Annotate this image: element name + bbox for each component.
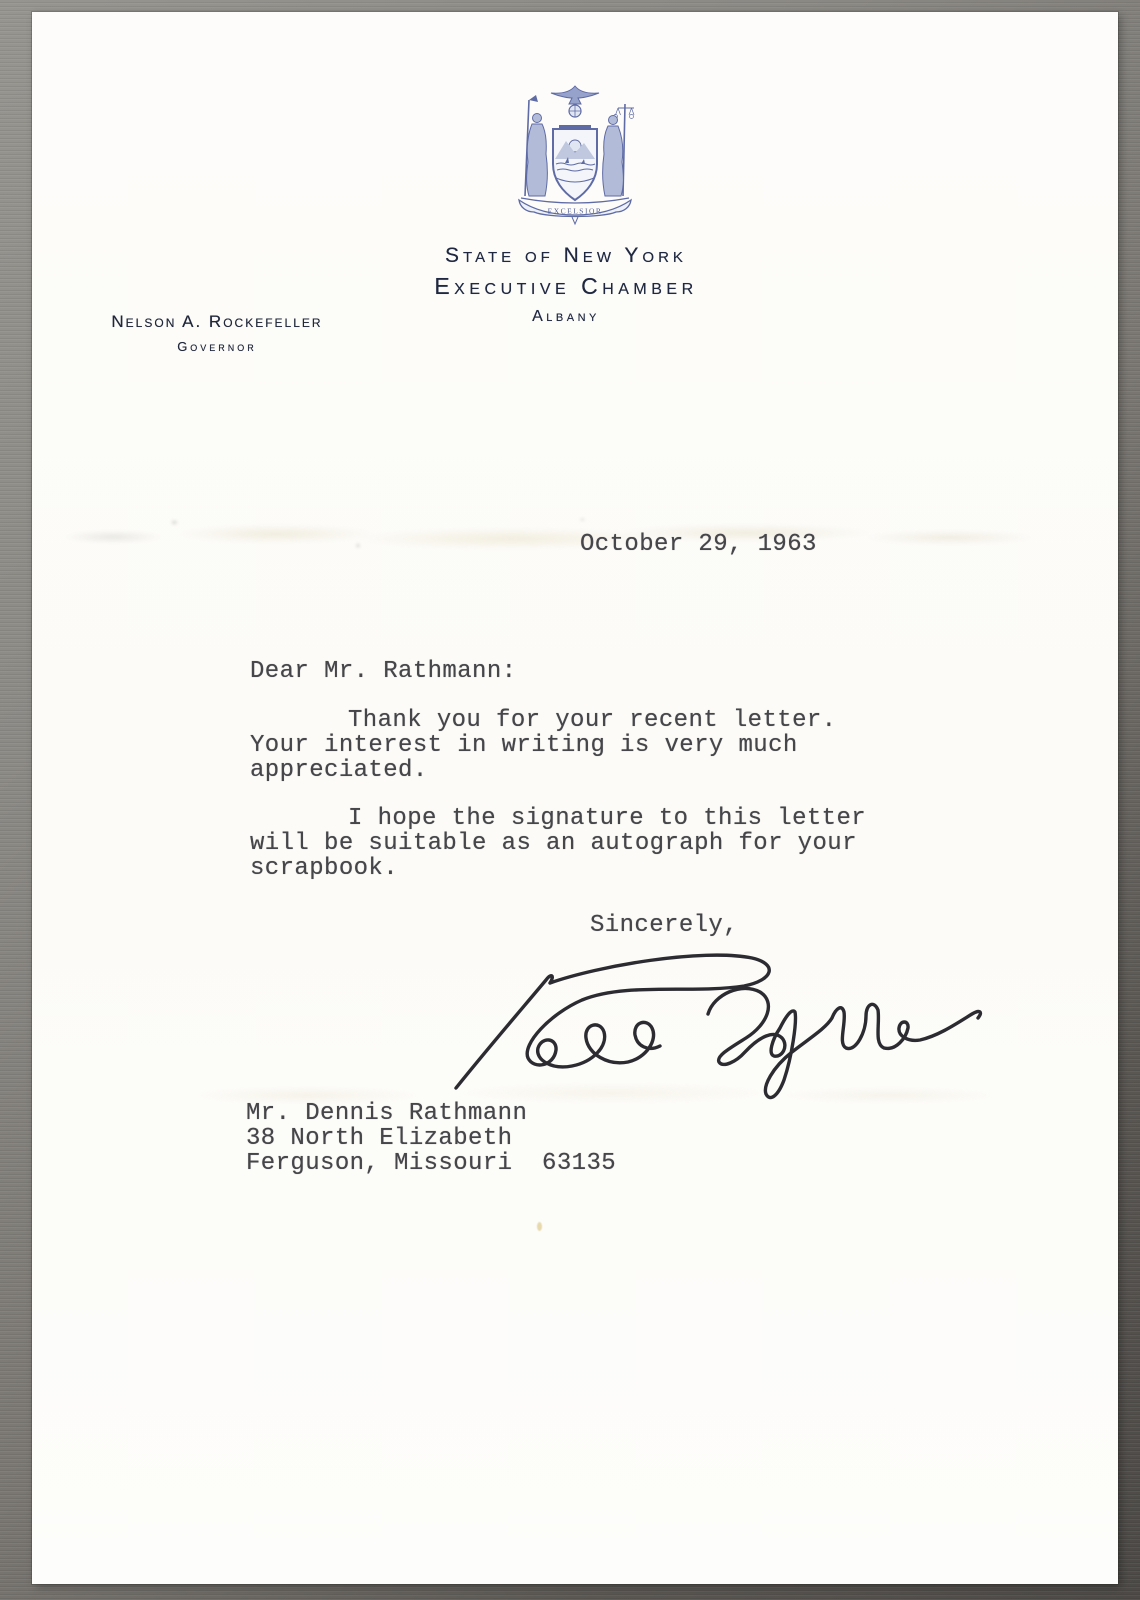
scanner-background: Excelsior State of New York Executive Ch… xyxy=(0,0,1140,1600)
recipient-address: Mr. Dennis Rathmann 38 North Elizabeth F… xyxy=(246,1101,616,1176)
date-line: October 29, 1963 xyxy=(580,532,817,557)
body-line: scrapbook. xyxy=(250,856,866,881)
eagle-icon xyxy=(551,86,599,104)
justice-figure xyxy=(603,104,634,196)
address-line: Ferguson, Missouri 63135 xyxy=(246,1151,616,1176)
body-line: will be suitable as an autograph for you… xyxy=(250,831,866,856)
letter-page: Excelsior State of New York Executive Ch… xyxy=(32,12,1118,1584)
signature-stroke xyxy=(708,988,980,1097)
body-paragraph: Thank you for your recent letter. Your i… xyxy=(250,708,836,783)
body-paragraph: I hope the signature to this letter will… xyxy=(250,806,866,881)
seal-motto: Excelsior xyxy=(548,207,603,216)
body-line: I hope the signature to this letter xyxy=(250,806,866,831)
body-line: Your interest in writing is very much xyxy=(250,733,836,758)
signature xyxy=(430,936,990,1108)
scan-smudge-band xyxy=(52,505,1072,563)
letterhead-state-line: State of New York xyxy=(23,244,1109,268)
signature-stroke xyxy=(456,955,769,1088)
liberty-figure xyxy=(525,95,547,196)
letterhead-chamber-line: Executive Chamber xyxy=(23,273,1109,300)
closing: Sincerely, xyxy=(590,913,738,938)
sender-title: Governor xyxy=(110,339,324,354)
address-line: Mr. Dennis Rathmann xyxy=(246,1101,616,1126)
body-line: Thank you for your recent letter. xyxy=(250,708,836,733)
sender-name: Nelson A. Rockefeller xyxy=(110,312,324,332)
salutation: Dear Mr. Rathmann: xyxy=(250,659,516,684)
state-seal-icon: Excelsior xyxy=(505,84,645,228)
scan-speck xyxy=(537,1222,542,1231)
address-line: 38 North Elizabeth xyxy=(246,1126,616,1151)
ribbon-tassel xyxy=(572,217,578,224)
body-line: appreciated. xyxy=(250,758,836,783)
